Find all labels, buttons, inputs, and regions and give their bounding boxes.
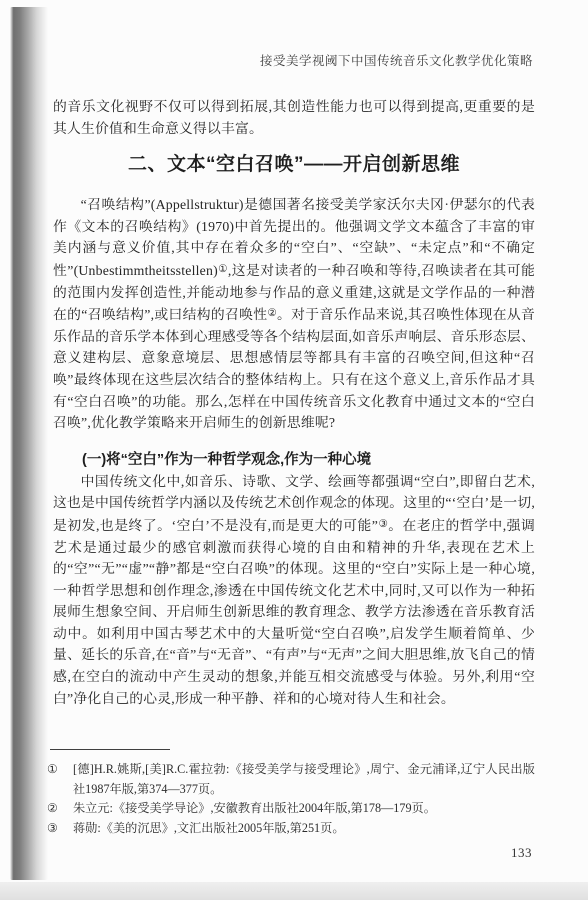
footnote-item: ① [德]H.R.姚斯,[美]R.C.霍拉勃:《接受美学与接受理论》,周宁、金元… (47, 760, 535, 799)
footnote-text: 蒋勋:《美的沉思》,文汇出版社2005年版,第251页。 (73, 821, 345, 835)
footnote-ref-1: ① (218, 264, 228, 275)
footnote-item: ③ 蒋勋:《美的沉思》,文汇出版社2005年版,第251页。 (47, 819, 535, 839)
footnote-separator (50, 749, 170, 750)
footnote-ref-3: ③ (378, 519, 388, 530)
binding-shadow (10, 7, 48, 880)
page-number: 133 (511, 845, 532, 861)
footnote-item: ② 朱立元:《接受美学导论》,安徽教育出版社2004年版,第178—179页。 (47, 799, 535, 819)
page-bottom-edge (0, 882, 588, 900)
scanned-page: 接受美学视阈下中国传统音乐文化教学优化策略 的音乐文化视野不仅可以得到拓展,其创… (0, 0, 588, 900)
page-body: 的音乐文化视野不仅可以得到拓展,其创造性能力也可以得到提高,更重要的是其人生价值… (53, 96, 535, 839)
footnote-text: 朱立元:《接受美学导论》,安徽教育出版社2004年版,第178—179页。 (73, 801, 436, 815)
footnote-marker: ③ (47, 819, 58, 839)
paragraph-text: 。在老庄的哲学中,强调艺术是通过最少的感官刺激而获得心境的自由和精神的升华,表现… (53, 518, 535, 706)
paragraph-appellstruktur: “召唤结构”(Appellstruktur)是德国著名接受美学家沃尔夫冈·伊瑟尔… (53, 194, 535, 434)
paragraph-text: 。对于音乐作品来说,其召唤性体现在从音乐作品的音乐学本体到心理感受等各个结构层面… (53, 307, 535, 430)
footnote-text: [德]H.R.姚斯,[美]R.C.霍拉勃:《接受美学与接受理论》,周宁、金元浦译… (73, 762, 535, 796)
paragraph-blank-philosophy: 中国传统文化中,如音乐、诗歌、文学、绘画等都强调“空白”,即留白艺术,这也是中国… (53, 471, 535, 710)
footnote-ref-2: ② (267, 308, 277, 319)
continued-paragraph: 的音乐文化视野不仅可以得到拓展,其创造性能力也可以得到提高,更重要的是其人生价值… (53, 96, 535, 139)
footnote-list: ① [德]H.R.姚斯,[美]R.C.霍拉勃:《接受美学与接受理论》,周宁、金元… (47, 760, 535, 838)
section-heading: 二、文本“空白召唤”——开启创新思维 (53, 152, 535, 178)
running-header: 接受美学视阈下中国传统音乐文化教学优化策略 (260, 51, 533, 69)
footnote-marker: ② (47, 799, 58, 819)
footnote-marker: ① (47, 760, 58, 780)
subsection-heading: (一)将“空白”作为一种哲学观念,作为一种心境 (53, 449, 535, 471)
